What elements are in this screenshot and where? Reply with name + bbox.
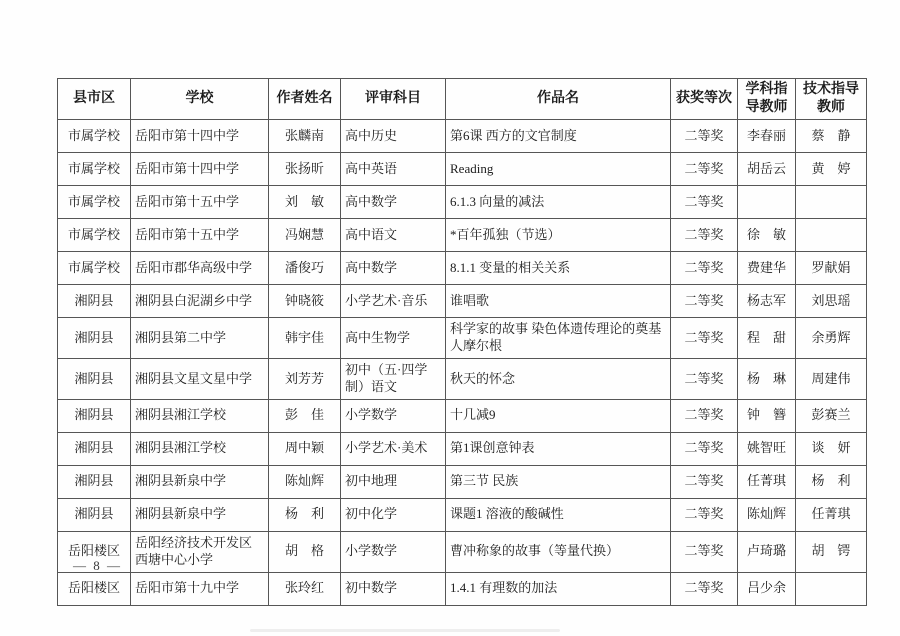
cell-district: 市属学校 xyxy=(58,153,131,186)
cell-technical-advisor: 胡 锷 xyxy=(796,531,867,572)
cell-district: 湘阴县 xyxy=(58,359,131,400)
table-header-row: 县市区 学校 作者姓名 评审科目 作品名 获奖等次 学科指导教师 技术指导教师 xyxy=(58,79,867,120)
cell-technical-advisor: 余勇辉 xyxy=(796,318,867,359)
cell-award-level: 二等奖 xyxy=(671,120,738,153)
cell-author-name: 钟晓筱 xyxy=(269,285,341,318)
cell-review-subject: 小学艺术·音乐 xyxy=(341,285,446,318)
cell-school: 湘阴县新泉中学 xyxy=(131,498,269,531)
header-review-subject: 评审科目 xyxy=(341,79,446,120)
table-row: 市属学校 岳阳市第十四中学 张扬昕 高中英语 Reading 二等奖 胡岳云 黄… xyxy=(58,153,867,186)
cell-work-title: 秋天的怀念 xyxy=(446,359,671,400)
cell-technical-advisor: 蔡 静 xyxy=(796,120,867,153)
cell-author-name: 韩宇佳 xyxy=(269,318,341,359)
table-row: 岳阳楼区 岳阳市第十九中学 张玲红 初中数学 1.4.1 有理数的加法 二等奖 … xyxy=(58,572,867,605)
cell-school: 岳阳市郡华高级中学 xyxy=(131,252,269,285)
cell-author-name: 张玲红 xyxy=(269,572,341,605)
table-row: 岳阳楼区 岳阳经济技术开发区西塘中心小学 胡 格 小学数学 曹冲称象的故事（等量… xyxy=(58,531,867,572)
cell-review-subject: 小学数学 xyxy=(341,399,446,432)
cell-award-level: 二等奖 xyxy=(671,531,738,572)
cell-author-name: 胡 格 xyxy=(269,531,341,572)
cell-subject-advisor: 程 甜 xyxy=(738,318,796,359)
cell-author-name: 张麟南 xyxy=(269,120,341,153)
cell-subject-advisor: 杨志军 xyxy=(738,285,796,318)
cell-review-subject: 初中化学 xyxy=(341,498,446,531)
cell-work-title: 第三节 民族 xyxy=(446,465,671,498)
cell-technical-advisor xyxy=(796,186,867,219)
cell-district: 湘阴县 xyxy=(58,465,131,498)
cell-technical-advisor xyxy=(796,572,867,605)
cell-subject-advisor: 钟 簪 xyxy=(738,399,796,432)
cell-technical-advisor: 彭赛兰 xyxy=(796,399,867,432)
cell-technical-advisor: 任菁琪 xyxy=(796,498,867,531)
table-row: 湘阴县 湘阴县新泉中学 陈灿辉 初中地理 第三节 民族 二等奖 任菁琪 杨 利 xyxy=(58,465,867,498)
cell-subject-advisor: 杨 琳 xyxy=(738,359,796,400)
cell-work-title: *百年孤独（节选） xyxy=(446,219,671,252)
cell-work-title: 8.1.1 变量的相关关系 xyxy=(446,252,671,285)
cell-technical-advisor: 黄 婷 xyxy=(796,153,867,186)
cell-work-title: 1.4.1 有理数的加法 xyxy=(446,572,671,605)
cell-author-name: 刘芳芳 xyxy=(269,359,341,400)
cell-award-level: 二等奖 xyxy=(671,252,738,285)
header-technical-advisor: 技术指导教师 xyxy=(796,79,867,120)
cell-subject-advisor: 任菁琪 xyxy=(738,465,796,498)
cell-review-subject: 高中数学 xyxy=(341,252,446,285)
cell-work-title: 6.1.3 向量的减法 xyxy=(446,186,671,219)
table-body: 市属学校 岳阳市第十四中学 张麟南 高中历史 第6课 西方的文官制度 二等奖 李… xyxy=(58,120,867,605)
cell-technical-advisor: 谈 妍 xyxy=(796,432,867,465)
cell-subject-advisor: 李春丽 xyxy=(738,120,796,153)
cell-subject-advisor: 吕少余 xyxy=(738,572,796,605)
cell-work-title: 科学家的故事 染色体遗传理论的奠基人摩尔根 xyxy=(446,318,671,359)
cell-school: 湘阴县白泥湖乡中学 xyxy=(131,285,269,318)
cell-subject-advisor: 费建华 xyxy=(738,252,796,285)
cell-school: 岳阳经济技术开发区西塘中心小学 xyxy=(131,531,269,572)
cell-author-name: 周中颖 xyxy=(269,432,341,465)
cell-subject-advisor: 胡岳云 xyxy=(738,153,796,186)
cell-work-title: Reading xyxy=(446,153,671,186)
cell-author-name: 刘 敏 xyxy=(269,186,341,219)
cell-school: 湘阴县文星文星中学 xyxy=(131,359,269,400)
cell-district: 湘阴县 xyxy=(58,498,131,531)
cell-award-level: 二等奖 xyxy=(671,219,738,252)
cell-review-subject: 小学艺术·美术 xyxy=(341,432,446,465)
cell-work-title: 曹冲称象的故事（等量代换） xyxy=(446,531,671,572)
cell-review-subject: 初中数学 xyxy=(341,572,446,605)
page-number: — 8 — xyxy=(73,558,122,574)
cell-work-title: 谁唱歌 xyxy=(446,285,671,318)
table-row: 湘阴县 湘阴县文星文星中学 刘芳芳 初中（五·四学制）语文 秋天的怀念 二等奖 … xyxy=(58,359,867,400)
cell-district: 岳阳楼区 xyxy=(58,572,131,605)
header-author-name: 作者姓名 xyxy=(269,79,341,120)
cell-district: 市属学校 xyxy=(58,120,131,153)
cell-technical-advisor: 周建伟 xyxy=(796,359,867,400)
cell-review-subject: 高中历史 xyxy=(341,120,446,153)
scan-artifact-smudge xyxy=(250,629,560,632)
table-row: 湘阴县 湘阴县白泥湖乡中学 钟晓筱 小学艺术·音乐 谁唱歌 二等奖 杨志军 刘思… xyxy=(58,285,867,318)
cell-district: 湘阴县 xyxy=(58,318,131,359)
table-row: 市属学校 岳阳市第十五中学 刘 敏 高中数学 6.1.3 向量的减法 二等奖 xyxy=(58,186,867,219)
cell-school: 岳阳市第十四中学 xyxy=(131,153,269,186)
cell-district: 市属学校 xyxy=(58,186,131,219)
cell-award-level: 二等奖 xyxy=(671,285,738,318)
table-row: 市属学校 岳阳市郡华高级中学 潘俊巧 高中数学 8.1.1 变量的相关关系 二等… xyxy=(58,252,867,285)
cell-subject-advisor: 徐 敏 xyxy=(738,219,796,252)
cell-review-subject: 高中语文 xyxy=(341,219,446,252)
cell-author-name: 杨 利 xyxy=(269,498,341,531)
cell-technical-advisor xyxy=(796,219,867,252)
cell-subject-advisor xyxy=(738,186,796,219)
cell-district: 湘阴县 xyxy=(58,399,131,432)
cell-award-level: 二等奖 xyxy=(671,432,738,465)
cell-award-level: 二等奖 xyxy=(671,153,738,186)
cell-review-subject: 高中数学 xyxy=(341,186,446,219)
cell-author-name: 陈灿辉 xyxy=(269,465,341,498)
cell-subject-advisor: 陈灿辉 xyxy=(738,498,796,531)
cell-review-subject: 小学数学 xyxy=(341,531,446,572)
cell-review-subject: 高中英语 xyxy=(341,153,446,186)
cell-district: 市属学校 xyxy=(58,219,131,252)
cell-district: 湘阴县 xyxy=(58,285,131,318)
table-row: 湘阴县 湘阴县第二中学 韩宇佳 高中生物学 科学家的故事 染色体遗传理论的奠基人… xyxy=(58,318,867,359)
header-award-level: 获奖等次 xyxy=(671,79,738,120)
cell-work-title: 十几减9 xyxy=(446,399,671,432)
cell-school: 湘阴县湘江学校 xyxy=(131,432,269,465)
cell-award-level: 二等奖 xyxy=(671,498,738,531)
cell-review-subject: 初中地理 xyxy=(341,465,446,498)
header-work-title: 作品名 xyxy=(446,79,671,120)
cell-award-level: 二等奖 xyxy=(671,318,738,359)
cell-author-name: 冯娴慧 xyxy=(269,219,341,252)
table-row: 湘阴县 湘阴县湘江学校 彭 佳 小学数学 十几减9 二等奖 钟 簪 彭赛兰 xyxy=(58,399,867,432)
cell-school: 岳阳市第十五中学 xyxy=(131,186,269,219)
cell-school: 岳阳市第十四中学 xyxy=(131,120,269,153)
cell-school: 湘阴县新泉中学 xyxy=(131,465,269,498)
table-row: 湘阴县 湘阴县新泉中学 杨 利 初中化学 课题1 溶液的酸碱性 二等奖 陈灿辉 … xyxy=(58,498,867,531)
award-results-table: 县市区 学校 作者姓名 评审科目 作品名 获奖等次 学科指导教师 技术指导教师 … xyxy=(57,78,867,606)
cell-review-subject: 初中（五·四学制）语文 xyxy=(341,359,446,400)
cell-work-title: 第6课 西方的文官制度 xyxy=(446,120,671,153)
cell-author-name: 彭 佳 xyxy=(269,399,341,432)
cell-review-subject: 高中生物学 xyxy=(341,318,446,359)
cell-school: 岳阳市第十五中学 xyxy=(131,219,269,252)
header-subject-advisor: 学科指导教师 xyxy=(738,79,796,120)
table-row: 市属学校 岳阳市第十四中学 张麟南 高中历史 第6课 西方的文官制度 二等奖 李… xyxy=(58,120,867,153)
cell-school: 湘阴县第二中学 xyxy=(131,318,269,359)
cell-technical-advisor: 罗献娟 xyxy=(796,252,867,285)
cell-award-level: 二等奖 xyxy=(671,572,738,605)
cell-award-level: 二等奖 xyxy=(671,186,738,219)
cell-award-level: 二等奖 xyxy=(671,465,738,498)
cell-work-title: 第1课创意钟表 xyxy=(446,432,671,465)
table-row: 市属学校 岳阳市第十五中学 冯娴慧 高中语文 *百年孤独（节选） 二等奖 徐 敏 xyxy=(58,219,867,252)
header-school: 学校 xyxy=(131,79,269,120)
header-district: 县市区 xyxy=(58,79,131,120)
cell-technical-advisor: 刘思瑶 xyxy=(796,285,867,318)
cell-author-name: 张扬昕 xyxy=(269,153,341,186)
table-row: 湘阴县 湘阴县湘江学校 周中颖 小学艺术·美术 第1课创意钟表 二等奖 姚智旺 … xyxy=(58,432,867,465)
cell-district: 市属学校 xyxy=(58,252,131,285)
document-page: 县市区 学校 作者姓名 评审科目 作品名 获奖等次 学科指导教师 技术指导教师 … xyxy=(0,0,900,636)
cell-school: 岳阳市第十九中学 xyxy=(131,572,269,605)
cell-author-name: 潘俊巧 xyxy=(269,252,341,285)
cell-award-level: 二等奖 xyxy=(671,399,738,432)
cell-subject-advisor: 姚智旺 xyxy=(738,432,796,465)
cell-district: 湘阴县 xyxy=(58,432,131,465)
cell-award-level: 二等奖 xyxy=(671,359,738,400)
cell-school: 湘阴县湘江学校 xyxy=(131,399,269,432)
cell-subject-advisor: 卢琦璐 xyxy=(738,531,796,572)
cell-work-title: 课题1 溶液的酸碱性 xyxy=(446,498,671,531)
cell-technical-advisor: 杨 利 xyxy=(796,465,867,498)
